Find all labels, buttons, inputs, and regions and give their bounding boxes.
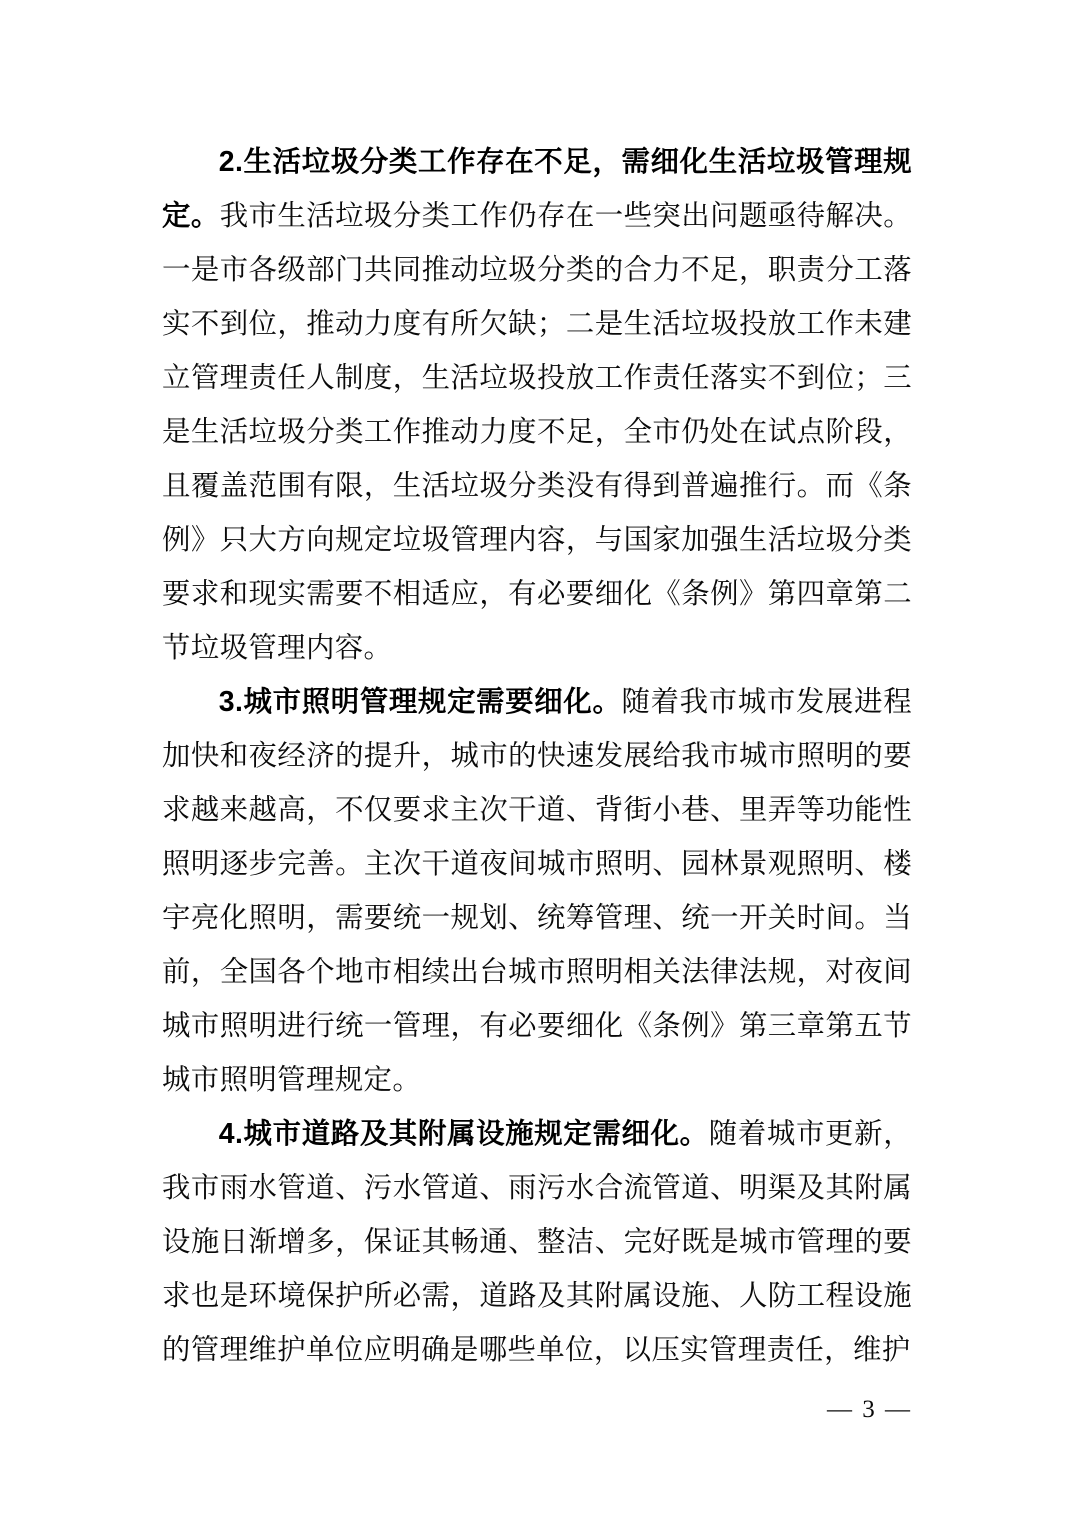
paragraph-waste-sorting-body: 我市生活垃圾分类工作仍存在一些突出问题亟待解决。一是市各级部门共同推动垃圾分类的… [162,200,912,664]
document-page: 2.生活垃圾分类工作存在不足，需细化生活垃圾管理规定。我市生活垃圾分类工作仍存在… [0,0,1074,1520]
paragraph-city-lighting: 3.城市照明管理规定需要细化。随着我市城市发展进程加快和夜经济的提升，城市的快速… [162,675,912,1107]
paragraph-city-roads-lead: 4.城市道路及其附属设施规定需细化。 [219,1118,709,1150]
paragraph-city-roads: 4.城市道路及其附属设施规定需细化。随着城市更新，我市雨水管道、污水管道、雨污水… [162,1107,912,1377]
document-body: 2.生活垃圾分类工作存在不足，需细化生活垃圾管理规定。我市生活垃圾分类工作仍存在… [162,135,912,1377]
page-number: — 3 — [162,1396,912,1424]
paragraph-city-lighting-body: 随着我市城市发展进程加快和夜经济的提升，城市的快速发展给我市城市照明的要求越来越… [162,686,912,1096]
paragraph-city-lighting-lead: 3.城市照明管理规定需要细化。 [219,686,622,718]
paragraph-waste-sorting: 2.生活垃圾分类工作存在不足，需细化生活垃圾管理规定。我市生活垃圾分类工作仍存在… [162,135,912,675]
paragraph-city-roads-body: 随着城市更新，我市雨水管道、污水管道、雨污水合流管道、明渠及其附属设施日渐增多，… [162,1118,912,1366]
